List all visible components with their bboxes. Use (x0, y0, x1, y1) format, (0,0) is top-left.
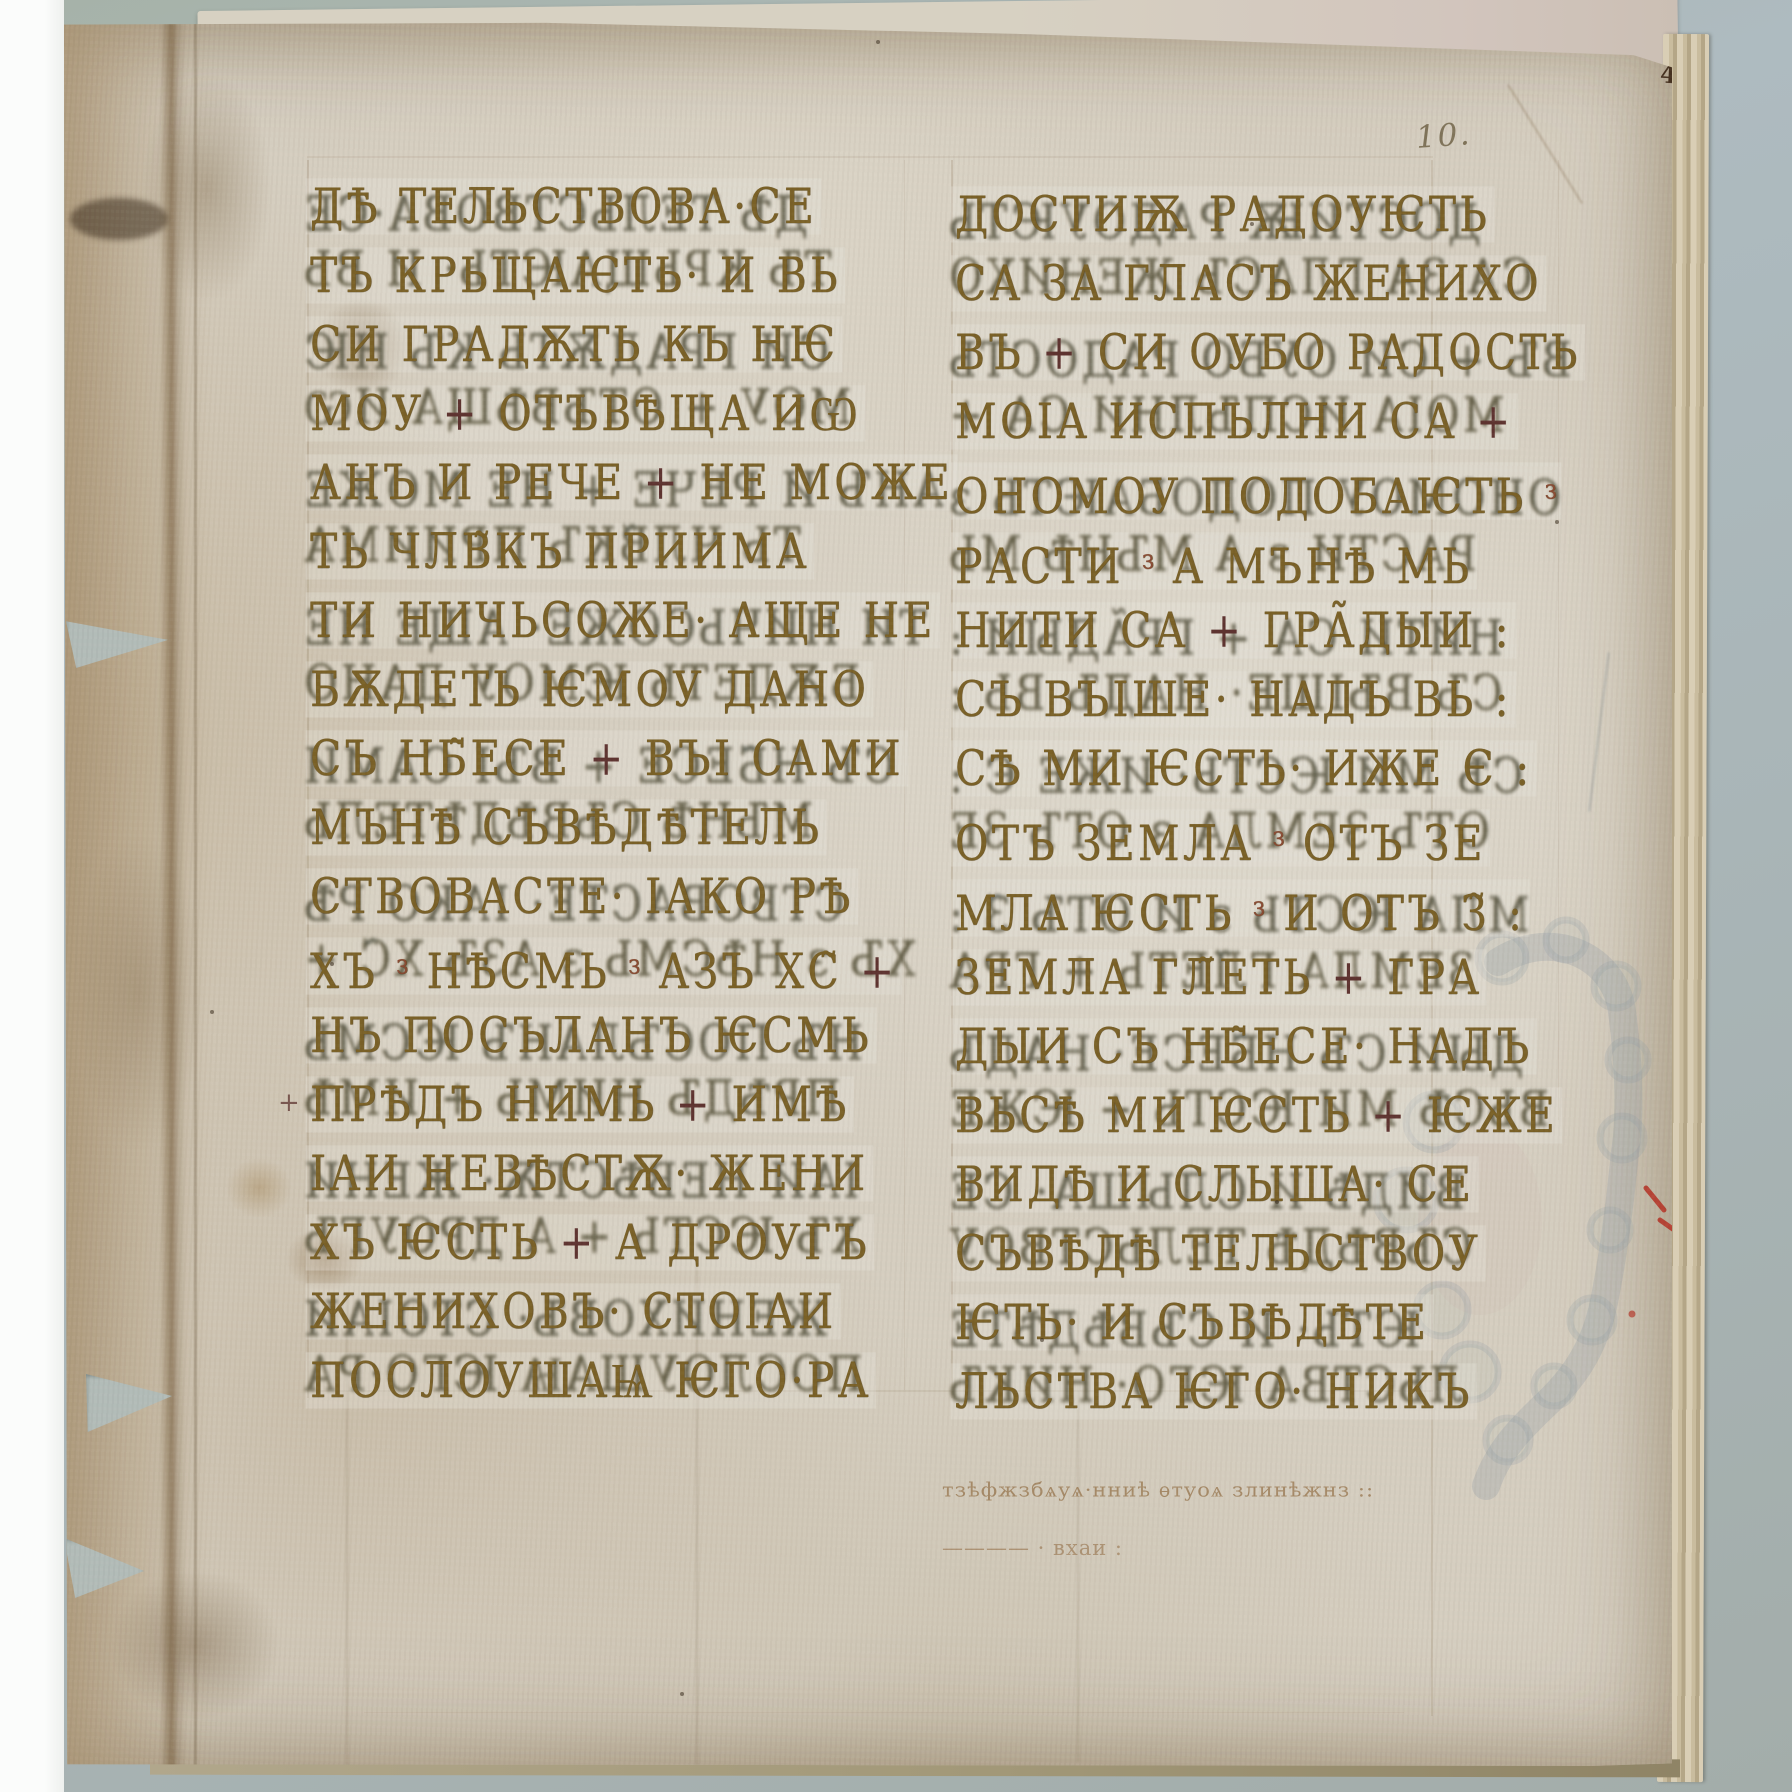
speck (876, 40, 880, 44)
speck (1040, 1338, 1044, 1342)
manuscript-line: СЪ ВЪІШЕ· НАДЪ ВЬ : (955, 665, 1512, 738)
page-number: 10. (1415, 116, 1473, 156)
manuscript-line: БѪДЕТЬ ѤМОУ ДАНО (310, 655, 869, 728)
speck (210, 1010, 214, 1014)
manuscript-line: МОУ + ОТЪВѢЩА ИѠ (310, 379, 861, 452)
manuscript-line: ПРѢДЪ НИМЬ + ИМѢ (310, 1070, 849, 1143)
manuscript-line: МОІА ИСПЪЛНИ СА + (955, 387, 1514, 460)
stain (226, 1158, 292, 1218)
manuscript-line: ЗЕМЛА ГЛ̃ЕТЬ + ГРА (955, 943, 1482, 1016)
binding-fold-line (160, 22, 186, 1766)
speck (1555, 520, 1559, 524)
manuscript-line: СЪВѢДѢ ТЕЛЬСТВОУ (955, 1219, 1481, 1292)
marginal-note-line2: ———— · вхаи : (942, 1536, 1123, 1560)
backdrop-left-strip (0, 0, 64, 1792)
ruling-line (307, 156, 1433, 158)
manuscript-line: ЛЬСТВА ѤГО· НИКЪ (955, 1357, 1473, 1430)
binding-crease (194, 22, 197, 1766)
sewing-hole-stain (70, 198, 168, 240)
manuscript-photo: ДѢ ТЕЛЬСТВОВА·СЕ ТЪ КРЬЩАѤТЬ· И ВЬ СИ ГР… (0, 0, 1792, 1792)
manuscript-line: ПОСЛОУШАѨ ѤГО·РА (310, 1346, 872, 1419)
speck (1250, 222, 1254, 226)
speck (680, 1692, 684, 1696)
marginal-note-line1: тзѣфжзбѧуѧ·нниѣ ѳтуоѧ злинѣжнз :: (942, 1479, 1374, 1503)
left-text-column: ДѢ ТЕЛЬСТВОВА·СЕ ТЪ КРЬЩАѤТЬ· И ВЬ СИ ГР… (310, 172, 1041, 1415)
speck (1275, 1200, 1279, 1204)
parchment-page: ДѢ ТЕЛЬСТВОВА·СЕ ТЪ КРЬЩАѤТЬ· И ВЬ СИ ГР… (64, 22, 1672, 1766)
manuscript-line: СА ЗА ГЛАСЪ ЖЕНИХО (955, 249, 1542, 322)
manuscript-line: ОТЪ ЗЕМЛА з ОТЪ ЗЕ (955, 803, 1486, 877)
binding-spine-shading (64, 22, 214, 1766)
manuscript-line: МЪНѢ СЪВѢДѢТЕЛЬ (310, 793, 822, 866)
manuscript-line: ВЬСѢ МИ ѤСТЬ + ѤЖЕ (955, 1081, 1558, 1154)
manuscript-line: РАСТИ з А МЪНѢ МЬ (955, 526, 1472, 600)
manuscript-line: ХЪ з НѢСМЬ з АЗЪ ХС̃ + (310, 931, 898, 1005)
manuscript-line: ТЬ ЧЛВ̃КЪ ПРИИМА (310, 517, 810, 590)
margin-cross-mark: + (278, 1088, 300, 1118)
manuscript-line: ХЪ ѤСТЬ + А ДРОУГЪ (310, 1208, 870, 1281)
ruling-line (364, 1712, 1404, 1713)
right-text-column: ДОСТИѬ РАДОУѤТЬ СА ЗА ГЛАСЪ ЖЕНИХО ВЪ + … (955, 180, 1666, 1426)
manuscript-line: ТЪ КРЬЩАѤТЬ· И ВЬ (310, 241, 841, 314)
speck (330, 962, 334, 966)
